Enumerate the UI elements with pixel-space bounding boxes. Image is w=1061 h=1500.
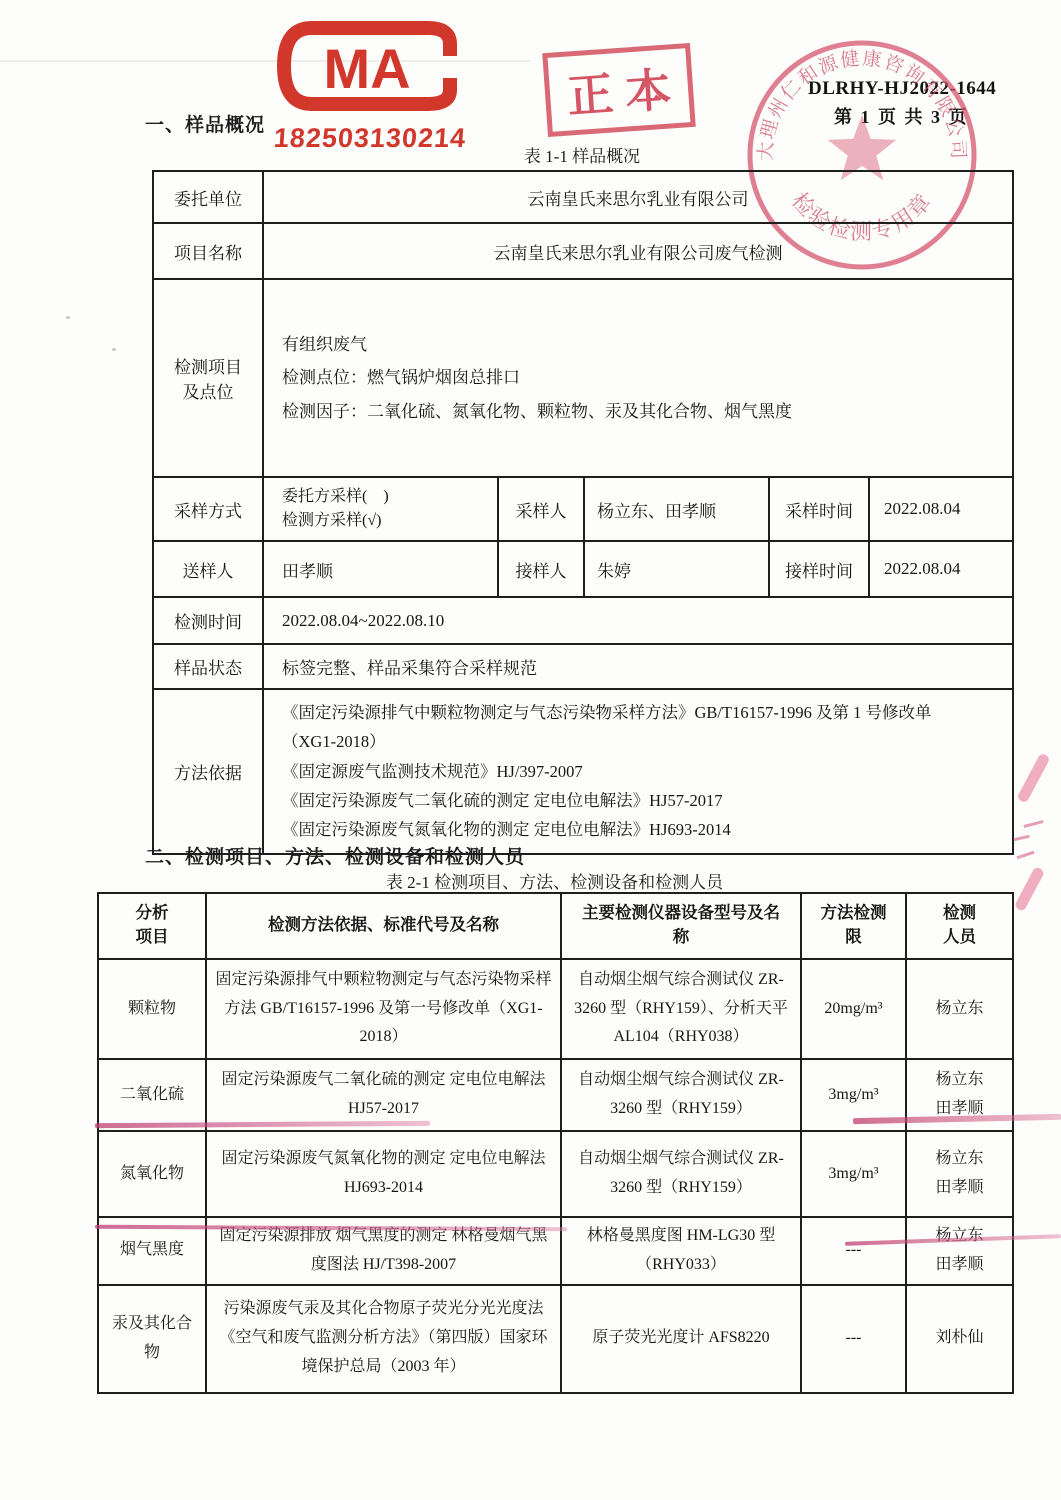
test-methods-table: 分析 项目 检测方法依据、标准代号及名称 主要检测仪器设备型号及名 称 方法检测… bbox=[97, 892, 1014, 1394]
analysis-item: 氮氧化物 bbox=[98, 1131, 206, 1217]
analysis-item: 汞及其化合物 bbox=[98, 1285, 206, 1393]
scan-speck bbox=[66, 316, 70, 319]
sender-label: 送样人 bbox=[153, 541, 263, 597]
receiver-value: 朱婷 bbox=[584, 541, 769, 597]
personnel: 杨立东 bbox=[906, 959, 1013, 1059]
col-header-detection-limit: 方法检测 限 bbox=[801, 893, 906, 959]
table-row: 送样人 田孝顺 接样人 朱婷 接样时间 2022.08.04 bbox=[153, 541, 1013, 597]
artifact-stroke bbox=[1013, 835, 1029, 841]
table-row: 氮氧化物 固定污染源废气氮氧化物的测定 定电位电解法 HJ693-2014 自动… bbox=[98, 1131, 1013, 1217]
method-basis-value: 《固定污染源排气中颗粒物测定与气态污染物采样方法》GB/T16157-1996 … bbox=[263, 689, 1013, 854]
personnel: 杨立东 田孝顺 bbox=[906, 1217, 1013, 1285]
artifact-stroke bbox=[1023, 820, 1043, 828]
table-row: 样品状态 标签完整、样品采集符合采样规范 bbox=[153, 644, 1013, 689]
sample-status-value: 标签完整、样品采集符合采样规范 bbox=[263, 644, 1013, 689]
personnel: 刘朴仙 bbox=[906, 1285, 1013, 1393]
report-page: 一、样品概况 MA 182503130214 正本 DLRHY-HJ2022-1… bbox=[0, 0, 1061, 1500]
cma-letters: MA bbox=[323, 37, 410, 100]
items-value: 有组织废气 检测点位：燃气锅炉烟囱总排口 检测因子：二氧化硫、氮氧化物、颗粒物、… bbox=[263, 279, 1013, 477]
instrument: 自动烟尘烟气综合测试仪 ZR-3260 型（RHY159）、分析天平 AL104… bbox=[561, 959, 801, 1059]
receive-time-label: 接样时间 bbox=[769, 541, 869, 597]
method-basis: 固定污染源排气中颗粒物测定与气态污染物采样方法 GB/T16157-1996 及… bbox=[206, 959, 561, 1059]
personnel: 杨立东 田孝顺 bbox=[906, 1131, 1013, 1217]
receiver-label: 接样人 bbox=[498, 541, 584, 597]
sample-status-label: 样品状态 bbox=[153, 644, 263, 689]
detection-limit: 20mg/m³ bbox=[801, 959, 906, 1059]
section1-title: 一、样品概况 bbox=[145, 110, 265, 137]
instrument: 原子荧光光度计 AFS8220 bbox=[561, 1285, 801, 1393]
sender-value: 田孝顺 bbox=[263, 541, 498, 597]
sample-overview-table: 委托单位 云南皇氏来思尔乳业有限公司 项目名称 云南皇氏来思尔乳业有限公司废气检… bbox=[152, 170, 1014, 855]
project-value: 云南皇氏来思尔乳业有限公司废气检测 bbox=[263, 223, 1013, 279]
original-copy-stamp: 正本 bbox=[542, 43, 695, 137]
col-header-method: 检测方法依据、标准代号及名称 bbox=[206, 893, 561, 959]
table-row: 汞及其化合物 污染源废气汞及其化合物原子荧光分光光度法《空气和废气监测分析方法》… bbox=[98, 1285, 1013, 1393]
detection-limit: 3mg/m³ bbox=[801, 1131, 906, 1217]
table1-caption: 表 1-1 样品概况 bbox=[152, 142, 1012, 167]
analysis-item: 二氧化硫 bbox=[98, 1059, 206, 1131]
table-row: 颗粒物 固定污染源排气中颗粒物测定与气态污染物采样方法 GB/T16157-19… bbox=[98, 959, 1013, 1059]
cma-mark: MA 182503130214 bbox=[272, 16, 468, 154]
cma-logo-icon: MA bbox=[272, 16, 468, 116]
instrument: 林格曼黑度图 HM-LG30 型（RHY033） bbox=[561, 1217, 801, 1285]
method-basis: 污染源废气汞及其化合物原子荧光分光光度法《空气和废气监测分析方法》（第四版）国家… bbox=[206, 1285, 561, 1393]
method-basis: 固定污染源废气氮氧化物的测定 定电位电解法 HJ693-2014 bbox=[206, 1131, 561, 1217]
sampling-time-value: 2022.08.04 bbox=[869, 477, 1013, 541]
table-row: 检测项目 及点位 有组织废气 检测点位：燃气锅炉烟囱总排口 检测因子：二氧化硫、… bbox=[153, 279, 1013, 477]
artifact-stroke bbox=[1016, 851, 1034, 859]
col-header-instrument: 主要检测仪器设备型号及名 称 bbox=[561, 893, 801, 959]
detection-limit: --- bbox=[801, 1217, 906, 1285]
table-row: 委托单位 云南皇氏来思尔乳业有限公司 bbox=[153, 171, 1013, 223]
artifact-stroke bbox=[1014, 866, 1045, 912]
method-basis-label: 方法依据 bbox=[153, 689, 263, 854]
table2-caption: 表 2-1 检测项目、方法、检测设备和检测人员 bbox=[97, 868, 1012, 893]
analysis-item: 颗粒物 bbox=[98, 959, 206, 1059]
sampling-method-label: 采样方式 bbox=[153, 477, 263, 541]
table-row: 检测时间 2022.08.04~2022.08.10 bbox=[153, 597, 1013, 644]
col-header-personnel: 检测 人员 bbox=[906, 893, 1013, 959]
detection-limit: --- bbox=[801, 1285, 906, 1393]
receive-time-value: 2022.08.04 bbox=[869, 541, 1013, 597]
col-header-analysis-item: 分析 项目 bbox=[98, 893, 206, 959]
items-label: 检测项目 及点位 bbox=[153, 279, 263, 477]
instrument: 自动烟尘烟气综合测试仪 ZR-3260 型（RHY159） bbox=[561, 1131, 801, 1217]
table-header-row: 分析 项目 检测方法依据、标准代号及名称 主要检测仪器设备型号及名 称 方法检测… bbox=[98, 893, 1013, 959]
test-time-value: 2022.08.04~2022.08.10 bbox=[263, 597, 1013, 644]
section2-title: 二、检测项目、方法、检测设备和检测人员 bbox=[145, 842, 525, 869]
sampling-time-label: 采样时间 bbox=[769, 477, 869, 541]
test-time-label: 检测时间 bbox=[153, 597, 263, 644]
edge-stamp-artifact bbox=[1006, 748, 1061, 923]
table-row: 方法依据 《固定污染源排气中颗粒物测定与气态污染物采样方法》GB/T16157-… bbox=[153, 689, 1013, 854]
sampler-label: 采样人 bbox=[498, 477, 584, 541]
sampling-method-value: 委托方采样( ) 检测方采样(√) bbox=[263, 477, 498, 541]
client-value: 云南皇氏来思尔乳业有限公司 bbox=[263, 171, 1013, 223]
client-label: 委托单位 bbox=[153, 171, 263, 223]
table-row: 项目名称 云南皇氏来思尔乳业有限公司废气检测 bbox=[153, 223, 1013, 279]
project-label: 项目名称 bbox=[153, 223, 263, 279]
instrument: 自动烟尘烟气综合测试仪 ZR-3260 型（RHY159） bbox=[561, 1059, 801, 1131]
scan-speck bbox=[112, 348, 116, 351]
sampler-value: 杨立东、田孝顺 bbox=[584, 477, 769, 541]
table-row: 采样方式 委托方采样( ) 检测方采样(√) 采样人 杨立东、田孝顺 采样时间 … bbox=[153, 477, 1013, 541]
artifact-stroke bbox=[1016, 752, 1050, 803]
